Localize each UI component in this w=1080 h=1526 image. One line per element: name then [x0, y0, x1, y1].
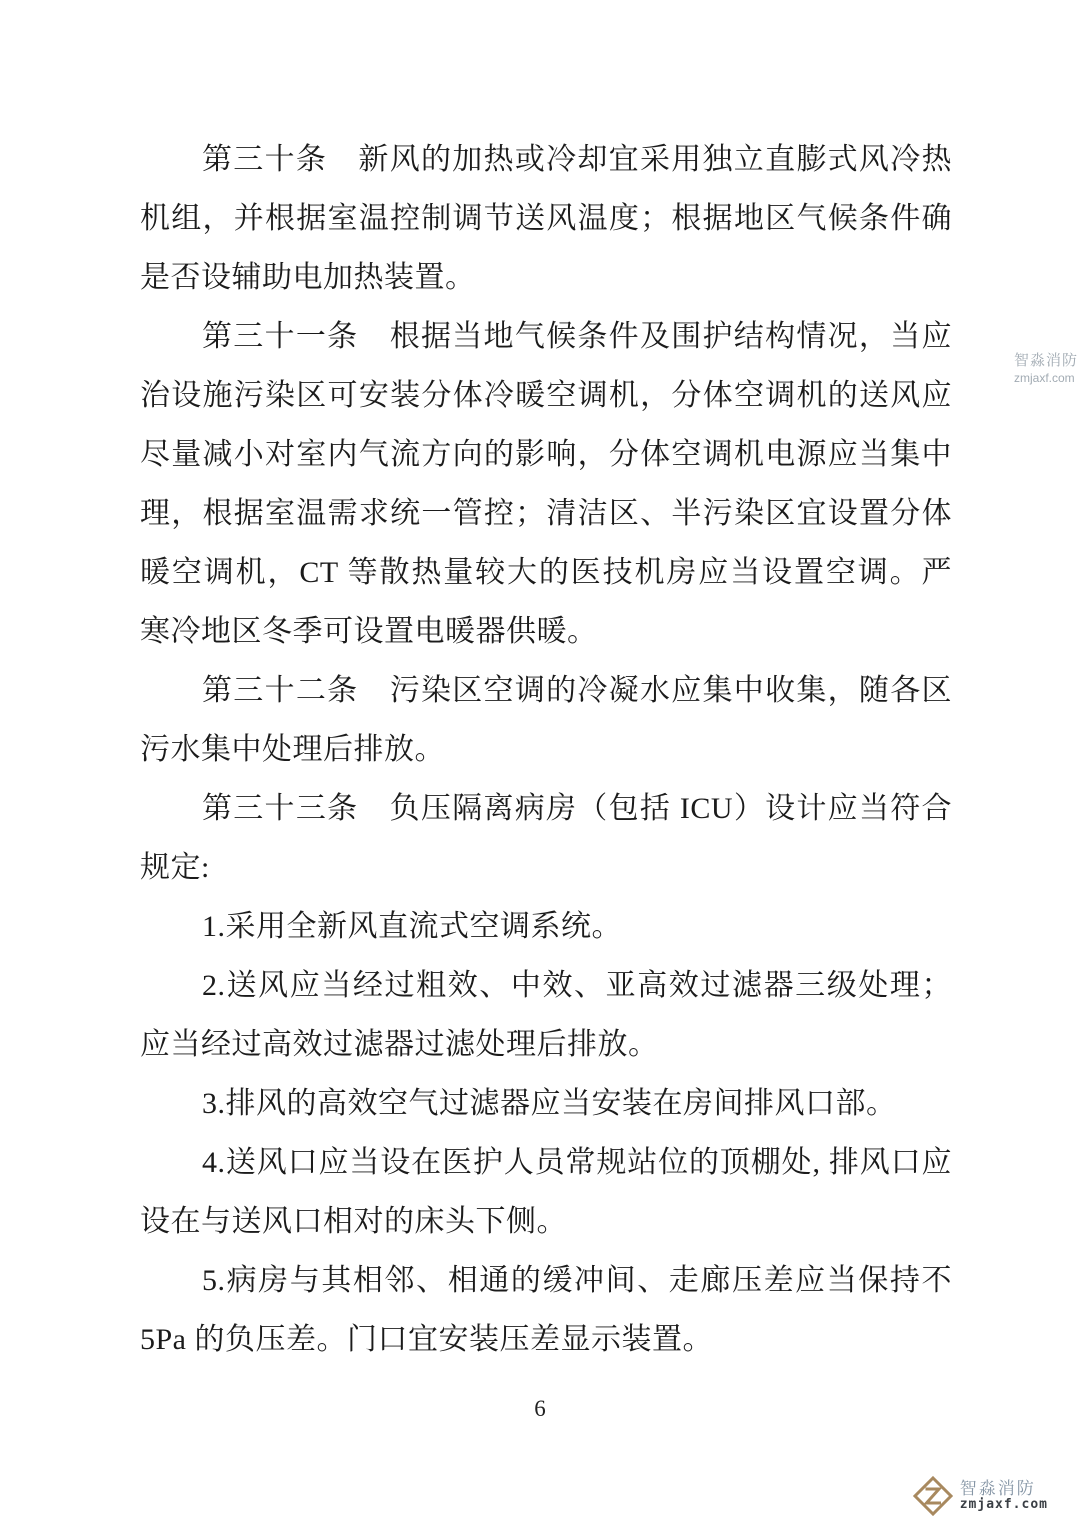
document-page: 第三十条 新风的加热或冷却宜采用独立直膨式风冷热泵 机组，并根据室温控制调节送风…: [0, 0, 1080, 1526]
document-text-line: 第三十条 新风的加热或冷却宜采用独立直膨式风冷热泵: [140, 130, 952, 189]
document-text-line: 应当经过高效过滤器过滤处理后排放。: [140, 1015, 952, 1074]
footer-logo-domain: zmjaxf.com: [960, 1498, 1048, 1512]
document-body: 第三十条 新风的加热或冷却宜采用独立直膨式风冷热泵 机组，并根据室温控制调节送风…: [140, 130, 952, 1369]
side-watermark-domain: zmjaxf.com: [1014, 371, 1078, 387]
document-text-line: 5.病房与其相邻、相通的缓冲间、走廊压差应当保持不小于: [140, 1251, 952, 1310]
z-diamond-logo-icon: [913, 1476, 953, 1516]
document-text-line: 尽量减小对室内气流方向的影响，分体空调机电源应当集中管: [140, 425, 952, 484]
side-watermark-brand: 智淼消防: [1014, 351, 1078, 371]
document-text-line: 第三十二条 污染区空调的冷凝水应集中收集，随各区废、: [140, 661, 952, 720]
document-text-line: 4.送风口应当设在医护人员常规站位的顶棚处, 排风口应当: [140, 1133, 952, 1192]
document-text-line: 规定:: [140, 838, 952, 897]
footer-logo-text: 智淼消防 zmjaxf.com: [960, 1480, 1048, 1511]
document-text-line: 是否设辅助电加热装置。: [140, 248, 952, 307]
document-text-line: 2.送风应当经过粗效、中效、亚高效过滤器三级处理；排风: [140, 956, 952, 1015]
document-text-line: 暖空调机，CT 等散热量较大的医技机房应当设置空调。严寒、: [140, 543, 952, 602]
document-text-line: 5Pa 的负压差。门口宜安装压差显示装置。: [140, 1310, 952, 1369]
document-text-line: 第三十三条 负压隔离病房（包括 ICU）设计应当符合下列: [140, 779, 952, 838]
document-text-line: 污水集中处理后排放。: [140, 720, 952, 779]
document-text-line: 设在与送风口相对的床头下侧。: [140, 1192, 952, 1251]
page-number: 6: [0, 1396, 1080, 1422]
footer-logo: 智淼消防 zmjaxf.com: [913, 1476, 1048, 1516]
footer-logo-brand: 智淼消防: [960, 1480, 1048, 1498]
document-text-line: 寒冷地区冬季可设置电暖器供暖。: [140, 602, 952, 661]
side-watermark: 智淼消防 zmjaxf.com: [1014, 351, 1078, 386]
document-text-line: 理，根据室温需求统一管控；清洁区、半污染区宜设置分体冷: [140, 484, 952, 543]
document-text-line: 治设施污染区可安装分体冷暖空调机，分体空调机的送风应当: [140, 366, 952, 425]
document-text-line: 3.排风的高效空气过滤器应当安装在房间排风口部。: [140, 1074, 952, 1133]
document-text-line: 第三十一条 根据当地气候条件及围护结构情况，当应急救: [140, 307, 952, 366]
document-text-line: 机组，并根据室温控制调节送风温度；根据地区气候条件确定: [140, 189, 952, 248]
document-text-line: 1.采用全新风直流式空调系统。: [140, 897, 952, 956]
